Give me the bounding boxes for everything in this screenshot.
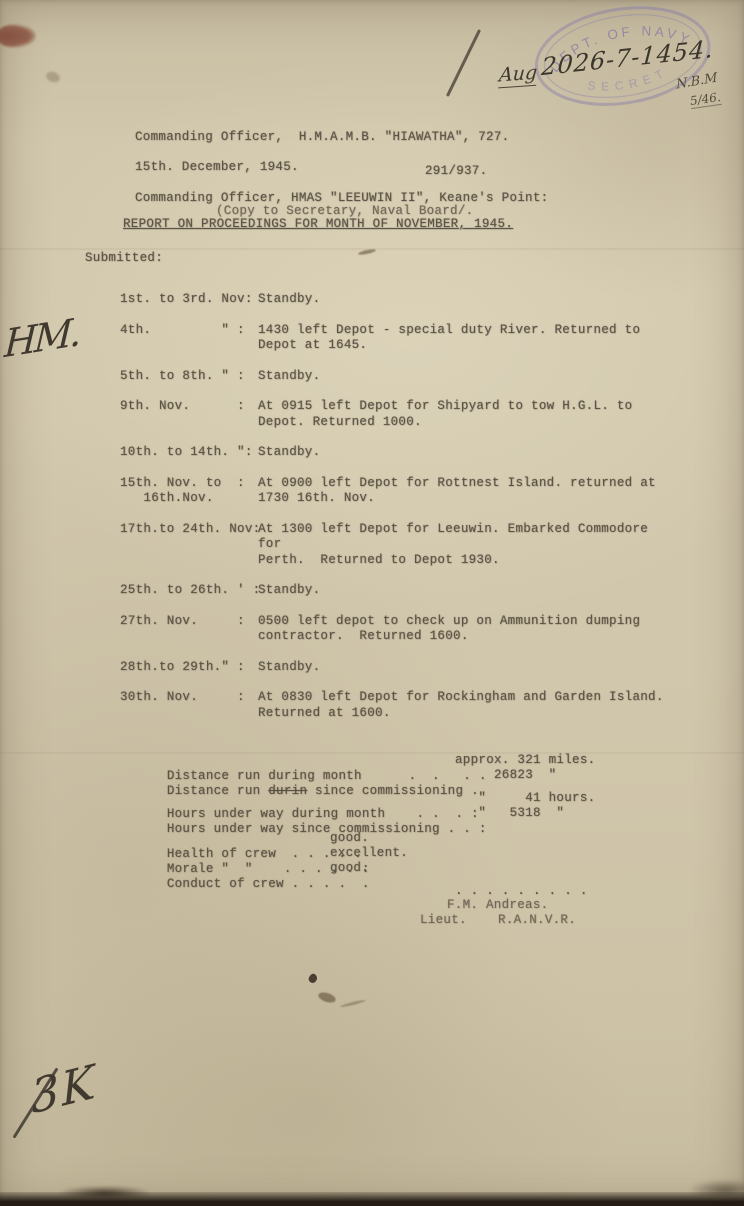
- conduct-row: Conduct of crew . . . . . good.: [120, 861, 700, 876]
- stat-value: " 41 hours.: [455, 791, 595, 807]
- handwritten-right-fraction: 5/46.: [689, 90, 722, 109]
- entry-text: 1430 left Depot - special duty River. Re…: [258, 323, 670, 354]
- distance-month-row: Distance run during month . . . . approx…: [120, 753, 700, 768]
- entry-date: 27th. Nov. :: [120, 614, 258, 645]
- entry-row: 10th. to 14th. ":Standby.: [120, 445, 680, 461]
- signature-name: F.M. Andreas.: [447, 898, 548, 914]
- morale-row: Morale " " . . . . . : excellent.: [120, 846, 700, 861]
- paper-stain: [60, 1186, 150, 1200]
- entry-row: 5th. to 8th. " :Standby.: [120, 369, 680, 385]
- pencil-smudge: [45, 70, 62, 84]
- entry-date: 10th. to 14th. ":: [120, 445, 258, 461]
- monthly-statistics: Distance run during month . . . . approx…: [120, 753, 700, 876]
- health-row: Health of crew . . . . . good.: [120, 831, 700, 846]
- entry-row: 30th. Nov. :At 0830 left Depot for Rocki…: [120, 690, 680, 721]
- entry-row: 4th. " :1430 left Depot - special duty R…: [120, 323, 680, 354]
- subject-line: REPORT ON PROCEEDINGS FOR MONTH OF NOVEM…: [123, 217, 513, 233]
- paper-stain: [0, 24, 36, 48]
- entry-text: Standby.: [258, 583, 670, 599]
- hours-total-row: Hours under way since commissioning . . …: [120, 806, 700, 821]
- entry-row: 1st. to 3rd. Nov:Standby.: [120, 292, 680, 308]
- addressee-from-line: Commanding Officer, H.M.A.M.B. "HIAWATHA…: [135, 130, 509, 146]
- entry-text: At 1300 left Depot for Leeuwin. Embarked…: [258, 522, 670, 569]
- entry-text: At 0900 left Depot for Rottnest Island. …: [258, 476, 670, 507]
- entry-date: 5th. to 8th. " :: [120, 369, 258, 385]
- entry-text: Standby.: [258, 660, 670, 676]
- entry-date: 17th.to 24th. Nov:: [120, 522, 258, 569]
- handwritten-aug-note: Aug: [498, 62, 538, 89]
- entry-date: 9th. Nov. :: [120, 399, 258, 430]
- entry-row: 15th. Nov. to : 16th.Nov.At 0900 left De…: [120, 476, 680, 507]
- stat-value: good.: [330, 831, 369, 847]
- entry-row: 28th.to 29th." :Standby.: [120, 660, 680, 676]
- stat-value: good.: [330, 861, 369, 877]
- entry-text: 0500 left depot to check up on Ammunitio…: [258, 614, 670, 645]
- entry-date: 4th. " :: [120, 323, 258, 354]
- entry-text: At 0915 left Depot for Shipyard to tow H…: [258, 399, 670, 430]
- document-date: 15th. December, 1945.: [135, 160, 299, 176]
- daily-entries-list: 1st. to 3rd. Nov:Standby. 4th. " :1430 l…: [120, 292, 680, 736]
- entry-text: Standby.: [258, 292, 670, 308]
- stat-value: excellent.: [330, 846, 408, 862]
- stat-value: " 5318 ": [455, 806, 564, 822]
- entry-text: Standby.: [258, 369, 670, 385]
- entry-date: 30th. Nov. :: [120, 690, 258, 721]
- signature-rank: Lieut. R.A.N.V.R.: [420, 913, 576, 929]
- reference-number: 291/937.: [425, 164, 487, 180]
- entry-row: 25th. to 26th. ' :Standby.: [120, 583, 680, 599]
- distance-total-row: Distance run durin since commissioning .…: [120, 768, 700, 783]
- submitted-label: Submitted:: [85, 251, 163, 267]
- stat-value: 26823 ": [455, 768, 556, 784]
- ink-smudge: [307, 972, 319, 984]
- stat-value: approx. 321 miles.: [455, 753, 595, 769]
- entry-date: 1st. to 3rd. Nov:: [120, 292, 258, 308]
- entry-row: 9th. Nov. :At 0915 left Depot for Shipya…: [120, 399, 680, 430]
- hours-month-row: Hours under way during month . . . : " 4…: [120, 791, 700, 806]
- ink-smudge: [340, 999, 366, 1008]
- entry-text: At 0830 left Depot for Rockingham and Ga…: [258, 690, 670, 721]
- stat-label: Conduct of crew . . . . .: [167, 877, 370, 891]
- entry-date: 25th. to 26th. ' :: [120, 583, 258, 599]
- entry-date: 28th.to 29th." :: [120, 660, 258, 676]
- handwritten-slash-mark: [446, 29, 481, 97]
- entry-date: 15th. Nov. to : 16th.Nov.: [120, 476, 258, 507]
- entry-text: Standby.: [258, 445, 670, 461]
- entry-row: 27th. Nov. :0500 left depot to check up …: [120, 614, 680, 645]
- ink-smudge: [317, 990, 337, 1004]
- scanned-document-page: DEPT. OF NAVY SECRET 2026-7-1454. Aug N.…: [0, 0, 744, 1206]
- handwritten-bottom-initials: 3K: [29, 1053, 98, 1124]
- entry-row: 17th.to 24th. Nov:At 1300 left Depot for…: [120, 522, 680, 569]
- handwritten-margin-initials: HM.: [3, 310, 80, 367]
